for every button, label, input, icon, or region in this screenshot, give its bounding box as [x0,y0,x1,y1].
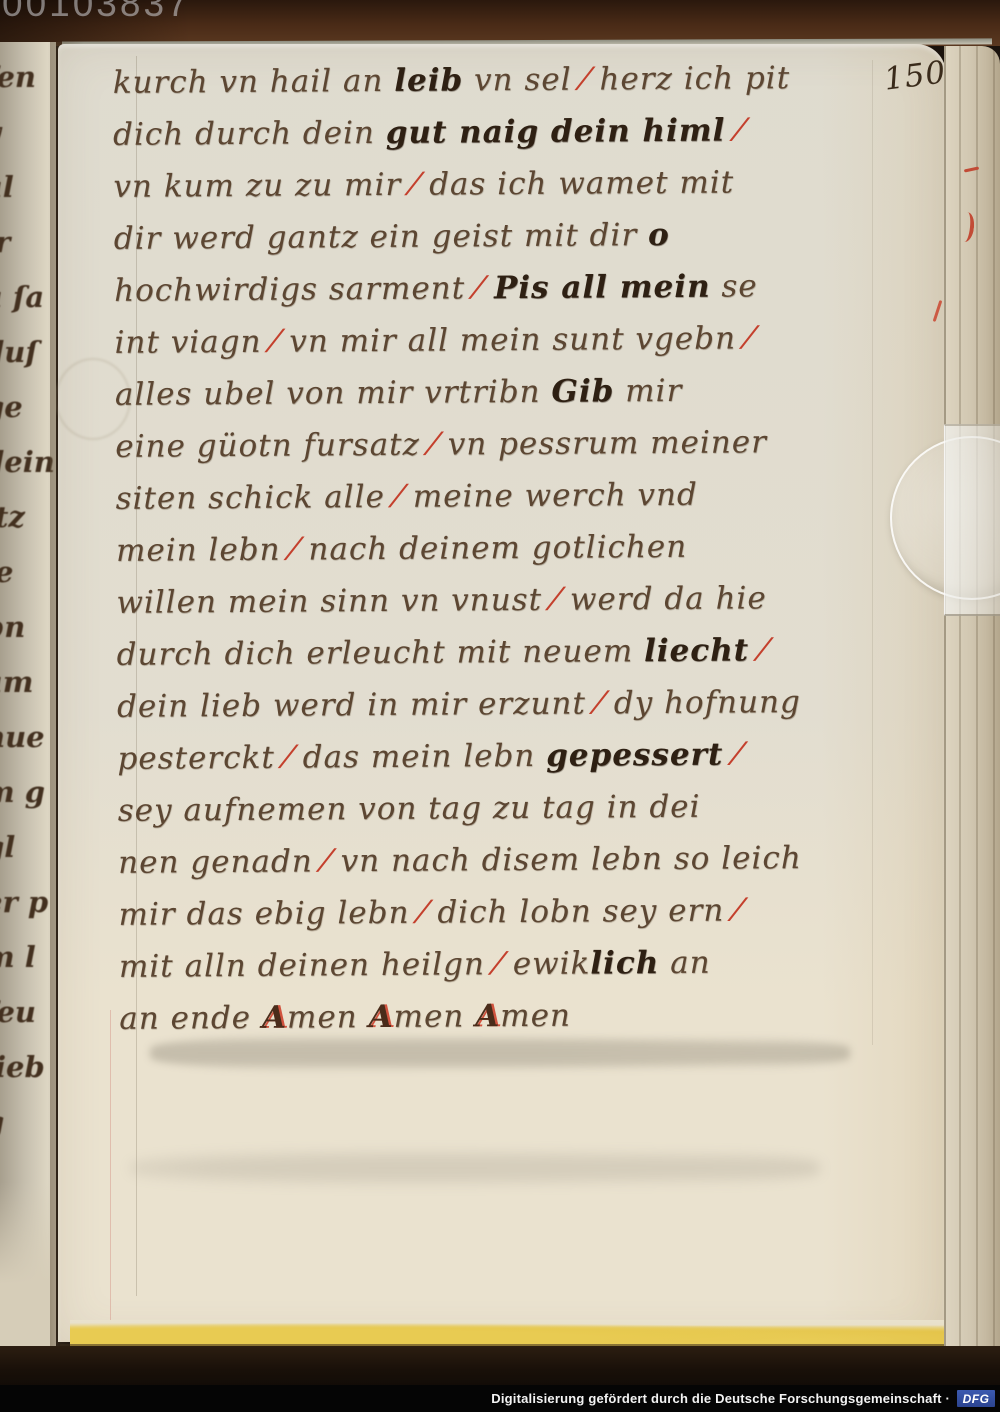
text-segment: dich durch dein [113,115,386,153]
folio-number: 150 [882,54,948,97]
manuscript-line: mein lebn ⁄ nach deinem gotlichen [116,519,931,577]
text-segment: willen mein sinn vn vnust [116,582,553,621]
text-segment: men [500,998,571,1034]
text-segment: hochwirdigs sarment [114,270,476,309]
edge-text-fragment: g [0,1095,56,1150]
edge-text-fragment: nue [0,710,56,765]
next-pages-edge [944,46,1000,1346]
text-segment: ⁄ [749,632,767,668]
book-binding-bottom [0,1346,1000,1386]
text-segment: werd da hie [559,580,767,617]
facing-page-edge: ſenyalıra ſaduſgedeinıtzlebnamnuem ggler… [0,42,56,1348]
edge-text-fragment: ſen [0,50,56,105]
text-segment: vn mir all mein sunt vgebn [278,320,747,359]
text-segment: ⁄ [747,320,753,356]
text-segment: dich lobn sey ern [426,893,735,931]
text-segment: mir das ebig lebn [118,895,420,933]
text-segment: liecht [644,632,749,669]
manuscript-line: siten schick alle ⁄ meine werch vnd [115,467,930,525]
edge-text-fragment: bn [0,600,56,655]
text-segment: Gib [551,373,614,409]
edge-text-fragment: ſeu [0,985,56,1040]
text-segment: das ich wamet mit [418,165,734,203]
manuscript-photo: 00103837 ſenyalıra ſaduſgedeinıtzlebnamn… [0,0,1000,1412]
text-segment: A [475,998,500,1034]
text-segment: Pis all mein [482,269,711,307]
manuscript-line: int viagn ⁄ vn mir all mein sunt vgebn ⁄ [114,311,929,369]
manuscript-line: sey aufnemen von tag zu tag in dei [118,779,933,837]
edge-text-fragment: m l [0,930,56,985]
manuscript-line: mir das ebig lebn ⁄ dich lobn sey ern ⁄ [118,883,933,941]
text-segment: das mein lebn [292,738,547,776]
manuscript-line: dein lieb werd in mir erzunt ⁄ dy hofnun… [117,675,932,733]
text-segment: herz ich pit [588,60,790,97]
text-segment: dy hofnung [603,684,801,721]
edge-text-fragment: gl [0,820,56,875]
edge-text-fragment: am [0,655,56,710]
text-segment: meine werch vnd [402,477,698,515]
edge-text-fragment: al [0,160,56,215]
text-segment: sey aufnemen von tag zu tag in dei [118,789,701,829]
text-segment: vn pessrum meiner [437,424,767,462]
text-segment: ⁄ [725,112,743,148]
scan-id-watermark: 00103837 [2,0,191,25]
edge-text-fragment: y [0,105,56,160]
credit-text: Digitalisierung gefördert durch die Deut… [491,1391,950,1406]
text-segment: mein lebn [116,532,292,569]
text-segment: kurch vn hail an [113,63,395,101]
bleedthrough-ghost [130,1148,820,1188]
text-segment: A [262,1000,287,1036]
manuscript-line: alles ubel von mir vrtribn Gib mir [115,363,930,421]
text-segment: men [287,999,369,1036]
manuscript-text: kurch vn hail an leib vn sel ⁄ herz ich … [113,51,935,1045]
text-segment: pesterckt [117,740,285,777]
manuscript-line: durch dich erleucht mit neuem liecht ⁄ [117,623,932,681]
facing-page-text-fragments: ſenyalıra ſaduſgedeinıtzlebnamnuem ggler… [0,50,56,1150]
text-segment: ⁄ [723,736,741,772]
edge-text-fragment: lieb [0,1040,56,1095]
text-segment: ewik [502,946,591,983]
text-segment: gut naig dein himl [386,113,726,151]
text-segment: mit alln deinen heilgn [119,946,496,985]
bleedthrough-ghost [150,1032,850,1074]
text-segment: vn sel [463,62,582,99]
text-segment: men [393,998,475,1035]
text-segment: vn nach disem lebn so leich [330,840,802,879]
text-segment: eine güotn fursatz [115,427,431,465]
text-segment: durch dich erleucht mit neuem [117,633,645,673]
manuscript-line: hochwirdigs sarment ⁄ Pis all mein se [114,259,929,317]
text-segment: int viagn [114,324,272,361]
text-segment: lich [590,945,659,981]
page-holder-clip-band [944,424,1000,616]
dfg-logo: DFG [957,1390,995,1407]
text-segment: mir [614,373,682,409]
manuscript-line: nen genadn ⁄ vn nach disem lebn so leich [118,831,933,889]
text-segment: an [659,945,711,981]
text-segment: se [710,268,757,304]
edge-text-fragment: ır [0,215,56,270]
edge-text-fragment: a ſa [0,270,56,325]
margin-rule-pink [110,1010,111,1330]
text-segment: dein lieb werd in mir erzunt [117,685,597,724]
edge-text-fragment: dein [0,435,56,490]
manuscript-line: eine güotn fursatz ⁄ vn pessrum meiner [115,415,930,473]
edge-text-fragment: duſ [0,325,56,380]
edge-text-fragment: le [0,545,56,600]
text-segment: dir werd gantz ein geist mit dir [114,217,648,257]
text-segment: o [648,217,670,253]
edge-text-fragment: ge [0,380,56,435]
text-segment: nach deinem gotlichen [297,529,687,568]
text-segment: nen genadn [118,843,324,880]
text-segment: leib [394,62,463,98]
text-segment: A [368,999,393,1035]
manuscript-line: willen mein sinn vn vnust ⁄ werd da hie [116,571,931,629]
manuscript-line: pesterckt ⁄ das mein lebn gepessert ⁄ [117,727,932,785]
text-segment: ⁄ [735,892,741,928]
manuscript-line: mit alln deinen heilgn ⁄ ewiklich an [119,935,934,993]
text-segment: vn kum zu zu mir [113,167,412,205]
text-segment: gepessert [546,737,723,774]
text-segment: an ende [119,1000,262,1037]
manuscript-line: dich durch dein gut naig dein himl ⁄ [113,103,928,161]
text-segment: siten schick alle [116,479,396,517]
manuscript-line: kurch vn hail an leib vn sel ⁄ herz ich … [113,51,928,109]
text-segment: alles ubel von mir vrtribn [115,374,552,413]
manuscript-line: vn kum zu zu mir ⁄ das ich wamet mit [113,155,928,213]
edge-text-fragment: er p [0,875,56,930]
edge-text-fragment: ıtz [0,490,56,545]
manuscript-line: dir werd gantz ein geist mit dir o [114,207,929,265]
bleedthrough-ghost [160,1082,800,1140]
digitization-credit-bar: Digitalisierung gefördert durch die Deut… [0,1385,1000,1412]
edge-text-fragment: m g [0,765,56,820]
